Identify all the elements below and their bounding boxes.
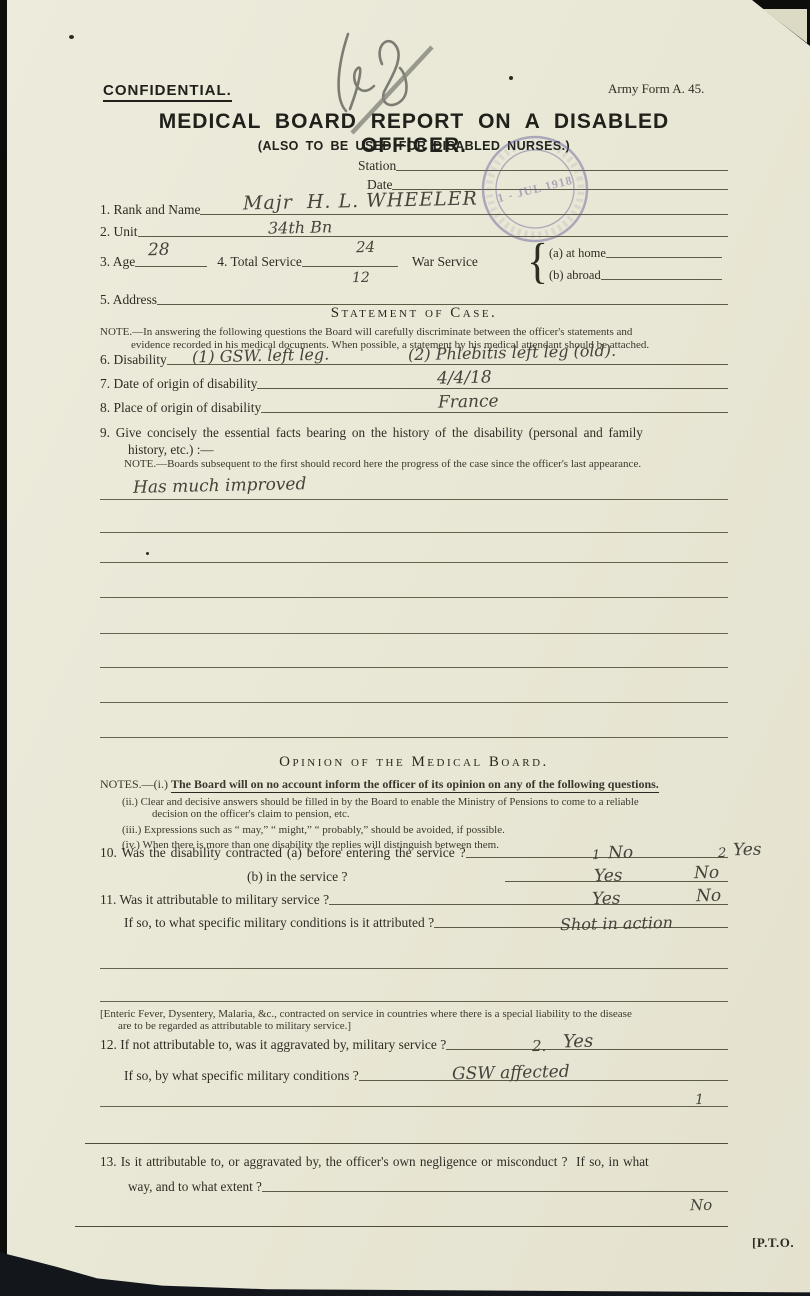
- ruled-line: [75, 1226, 728, 1227]
- q12-answer: Yes: [563, 1031, 594, 1053]
- scan-edge-bottom: [0, 1244, 810, 1296]
- statement-of-case-heading: Statement of Case.: [100, 305, 728, 322]
- war-service-abroad-field: (b) abroad: [549, 268, 722, 283]
- ruled-line: [100, 737, 728, 738]
- total-service-blank-line: [302, 264, 398, 267]
- board-note-i: NOTES.—(i.) The Board will on no account…: [100, 777, 659, 792]
- history-question-line1: 9. Give concisely the essential facts be…: [100, 425, 728, 441]
- ruled-line: [100, 633, 728, 634]
- q11b-handwritten-value: Shot in action: [560, 913, 673, 934]
- q10a-answer2-number: 2: [718, 846, 727, 861]
- place-of-origin-handwritten-value: France: [438, 391, 499, 412]
- ruled-line: [100, 968, 728, 969]
- age-label: 3. Age: [100, 254, 135, 270]
- history-handwritten-value: Has much improved: [133, 474, 307, 498]
- stray-ink-mark: 1: [695, 1092, 704, 1108]
- form-number: Army Form A. 45.: [608, 81, 704, 97]
- q10a-field: 10. Was the disability contracted (a) be…: [100, 845, 728, 861]
- q12b-label: If so, by what specific military conditi…: [124, 1068, 359, 1084]
- history-question-text2: history, etc.) :—: [128, 442, 214, 458]
- war-service-abroad-label: (b) abroad: [549, 268, 601, 283]
- ruled-line: [100, 702, 728, 703]
- rank-name-label: 1. Rank and Name: [100, 202, 200, 218]
- q10b-answer1: Yes: [594, 866, 623, 887]
- q11-field: 11. Was it attributable to military serv…: [100, 892, 728, 908]
- q13-line1: 13. Is it attributable to, or aggravated…: [100, 1154, 728, 1170]
- date-of-origin-handwritten-value: 4/4/18: [437, 367, 492, 388]
- ruled-line: [100, 1106, 728, 1107]
- q11-blank-line: [329, 902, 728, 905]
- total-service-label: 4. Total Service: [217, 254, 302, 270]
- total-service-denominator: 12: [352, 270, 370, 286]
- stamp-date: 1 - JUL 1918: [496, 173, 574, 205]
- war-service-home-field: (a) at home: [549, 246, 722, 261]
- history-note: NOTE.—Boards subsequent to the first sho…: [124, 458, 641, 470]
- board-note-ii-line1: (ii.) Clear and decisive answers should …: [122, 796, 639, 808]
- war-service-label: War Service: [412, 254, 478, 270]
- q11-answer1: Yes: [592, 889, 621, 910]
- place-of-origin-label: 8. Place of origin of disability: [100, 400, 261, 416]
- q10b-label: (b) in the service ?: [247, 869, 347, 885]
- ruled-line: [85, 1143, 728, 1144]
- unit-handwritten-value: 34th Bn: [268, 217, 333, 237]
- q10b-answer2: No: [694, 863, 720, 884]
- q11b-label: If so, to what specific military conditi…: [124, 915, 434, 931]
- q10a-answer2: Yes: [733, 840, 762, 861]
- date-of-origin-label: 7. Date of origin of disability: [100, 376, 257, 392]
- scanned-document-page: CONFIDENTIAL. Army Form A. 45. MEDICAL B…: [0, 0, 810, 1296]
- date-of-origin-blank-line: [257, 386, 728, 389]
- board-notes-prefix: NOTES.—(i.): [100, 777, 171, 791]
- ruled-line: [100, 499, 728, 500]
- page-subtitle: (ALSO TO BE USED FOR DISABLED NURSES.): [100, 139, 728, 153]
- pto-label: [P.T.O.: [752, 1235, 794, 1251]
- q12b-field: If so, by what specific military conditi…: [124, 1068, 728, 1084]
- q10b-field: (b) in the service ?: [247, 869, 728, 885]
- q11-label: 11. Was it attributable to military serv…: [100, 892, 329, 908]
- place-of-origin-field: 8. Place of origin of disability: [100, 400, 728, 416]
- date-of-origin-field: 7. Date of origin of disability: [100, 376, 728, 392]
- unit-field: 2. Unit: [100, 224, 728, 240]
- disability-handwritten-value-1: (1) GSW. left leg.: [192, 345, 330, 367]
- ruled-line: [100, 597, 728, 598]
- q11-answer2: No: [696, 886, 722, 907]
- board-note-iii: (iii.) Expressions such as “ may,” “ mig…: [122, 824, 505, 836]
- disability-label: 6. Disability: [100, 352, 167, 368]
- war-service-home-blank-line: [606, 255, 722, 258]
- paper-fold-corner: [763, 9, 807, 43]
- age-blank-line: [135, 264, 207, 267]
- enteric-note-line1: [Enteric Fever, Dysentery, Malaria, &c.,…: [100, 1008, 632, 1020]
- unit-label: 2. Unit: [100, 224, 138, 240]
- history-question-text1: 9. Give concisely the essential facts be…: [100, 425, 643, 441]
- paper-speck: [146, 552, 149, 555]
- paper-speck: [509, 76, 513, 80]
- history-question-line2: history, etc.) :—: [128, 442, 728, 458]
- q13-line2: way, and to what extent ?: [128, 1179, 728, 1195]
- total-service-numerator: 24: [356, 238, 375, 256]
- statement-note-line1: NOTE.—In answering the following questio…: [100, 326, 632, 338]
- q13-blank-line: [262, 1189, 728, 1192]
- scan-edge-left: [0, 0, 7, 1296]
- q10a-answer1: No: [608, 843, 634, 864]
- paper-speck: [69, 35, 74, 39]
- q13-handwritten-value: No: [690, 1196, 713, 1214]
- q12-answer-number: 2.: [532, 1037, 547, 1055]
- opinion-heading: Opinion of the Medical Board.: [100, 754, 728, 771]
- q13-text2: way, and to what extent ?: [128, 1179, 262, 1195]
- station-label: Station: [358, 158, 396, 174]
- classification-label: CONFIDENTIAL.: [103, 82, 232, 102]
- q12-field: 12. If not attributable to, was it aggra…: [100, 1037, 728, 1053]
- unit-blank-line: [138, 234, 728, 237]
- enteric-note-line2: are to be regarded as attributable to mi…: [118, 1020, 351, 1032]
- q13-text1: 13. Is it attributable to, or aggravated…: [100, 1154, 649, 1170]
- board-note-ii-line2: decision on the officer's claim to pensi…: [152, 808, 350, 820]
- age-handwritten-value: 28: [148, 240, 170, 260]
- q12b-handwritten-value: GSW affected: [452, 1062, 570, 1084]
- ruled-line: [100, 667, 728, 668]
- war-service-home-label: (a) at home: [549, 246, 606, 261]
- ruled-line: [100, 1001, 728, 1002]
- q12-label: 12. If not attributable to, was it aggra…: [100, 1037, 446, 1053]
- war-service-abroad-blank-line: [601, 277, 722, 280]
- war-service-brace: {: [527, 237, 548, 286]
- ruled-line: [100, 532, 728, 533]
- q10b-gap: [347, 883, 505, 885]
- q10a-answer1-number: 1: [592, 848, 601, 863]
- board-note-i-text: The Board will on no account inform the …: [171, 777, 659, 793]
- q10a-label: 10. Was the disability contracted (a) be…: [100, 845, 466, 861]
- ruled-line: [100, 562, 728, 563]
